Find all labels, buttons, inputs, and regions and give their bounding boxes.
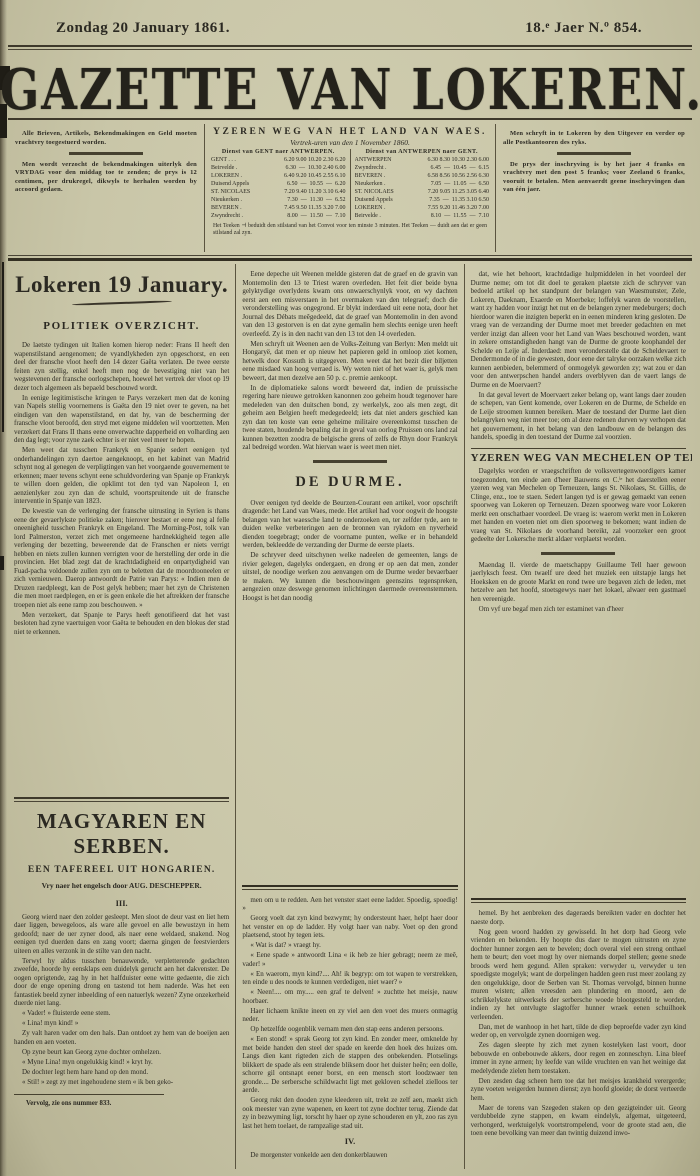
feuilleton-rule <box>471 898 686 903</box>
feuilleton-byline: Vry naer het engelsch door AUG. DESCHEPP… <box>14 881 229 890</box>
timetable-note: Het Teeken ⊣ beduidt den stilstand van h… <box>213 223 487 237</box>
timetable-gent-antwerpen: Dienst van GENT naer ANTWERPEN. GENT . .… <box>211 149 346 220</box>
timetable-row: GENT . . . 6.20 9.00 10.20 2.30 6.20 <box>211 156 346 164</box>
ink-mark <box>2 262 4 432</box>
departure-times: 6.58 8.56 10.56 2.56 6.30 <box>428 172 490 180</box>
station-name: LOKEREN . <box>355 204 386 212</box>
timetable-column-header: Dienst van ANTWERPEN naer GENT. <box>355 149 490 155</box>
departure-times: 7.45 9.50 11.35 3.20 7.00 <box>284 204 345 212</box>
departure-times: 8.00 — 11.50 — 7.10 <box>287 212 345 220</box>
masthead-top-rule <box>8 45 692 50</box>
info-row: Alle Brieven, Artikels, Bekendmakingen e… <box>8 124 692 252</box>
timetable-row: ANTWERPEN 6.30 8.30 10.30 2.30 6.00 <box>355 156 490 164</box>
feuilleton-title: MAGYAREN EN SERBEN. <box>14 809 229 859</box>
ink-mark <box>0 556 4 570</box>
notice-paragraph: Alle Brieven, Artikels, Bekendmakingen e… <box>15 130 197 147</box>
article-paragraph: In eenige legitimistische kringen te Par… <box>14 394 229 445</box>
departure-times: 7.30 — 11.30 — 6.52 <box>287 196 345 204</box>
feuilleton-continuation: hemel. By het aenbreken des dageraeds be… <box>471 893 686 1169</box>
station-name: GENT . . . <box>211 156 236 164</box>
departure-times: 6.50 — 10.55 — 6.20 <box>287 180 346 188</box>
feuilleton-paragraph: Haer lichaem knikte ineen en zy viel aen… <box>242 1007 457 1024</box>
station-name: ST. NICOLAES <box>211 188 250 196</box>
edition-date: Zondag 20 January 1861. <box>56 20 230 37</box>
notice-paragraph: Men wordt verzocht de bekendmakingen uit… <box>15 161 197 195</box>
section-heavy-rule <box>8 255 692 261</box>
feuilleton-subtitle: EEN TAFEREEL UIT HONGARIEN. <box>14 865 229 875</box>
feuilleton-paragraph: Op zyne beurt kan Georg zyne dochter omh… <box>14 1048 229 1057</box>
station-name: BEVEREN . <box>355 172 386 180</box>
departure-times: 7.20 9.05 11.25 3.05 6.40 <box>428 188 489 196</box>
departure-times: 7.05 — 11.05 — 6.50 <box>431 180 489 188</box>
article-paragraph: Over eenigen tyd deelde de Beurzen-Coura… <box>242 499 457 550</box>
feuilleton-paragraph: Maer de torens van Szegeden staken op de… <box>471 1104 686 1138</box>
departure-times: 6.40 9.20 10.45 2.55 6.10 <box>284 172 346 180</box>
station-name: Beirvelde . <box>355 212 381 220</box>
feuilleton-paragraph: Zy valt haren vader om den hals. Dan ont… <box>14 1029 229 1046</box>
continuation-note: Vervolg, zie ons nummer 833. <box>26 1100 229 1107</box>
timetable-row: Beirvelde . 8.10 — 11.55 — 7.10 <box>355 212 490 220</box>
feuilleton-paragraph: De morgenster vonkelde aen den donkerbla… <box>242 1151 457 1160</box>
station-name: Beirvelde . <box>211 164 237 172</box>
departure-times: 7.55 9.20 11.46 3.20 7.00 <box>428 204 489 212</box>
page-left-edge <box>0 0 7 1176</box>
timetable-row: LOKEREN . 6.40 9.20 10.45 2.55 6.10 <box>211 172 346 180</box>
submission-notice: Alle Brieven, Artikels, Bekendmakingen e… <box>8 124 204 252</box>
feuilleton-paragraph: De dochter legt hem hare hand op den mon… <box>14 1068 229 1077</box>
feuilleton-paragraph: « En waerom, myn kind?.... Ah! ik begryp… <box>242 970 457 987</box>
feuilleton-paragraph: « Wat is dat? » vraegt hy. <box>242 941 457 950</box>
article-paragraph: De kwestie van de verlenging der fransch… <box>14 507 229 609</box>
timetable-column-header: Dienst van GENT naer ANTWERPEN. <box>211 149 346 155</box>
edition-line: Zondag 20 January 1861. 18.ᵉ Jaer N.º 85… <box>0 0 700 37</box>
feuilleton-paragraph: « Stil! » zegt zy met ingehoudene stem «… <box>14 1078 229 1087</box>
divider <box>557 152 631 155</box>
departure-times: 7.35 — 11.35 3.10 6.50 <box>429 196 489 204</box>
feuilleton-top-rule <box>14 797 229 802</box>
flourish-rule <box>72 300 172 306</box>
article-paragraph: Men verzekert, dat Spanje te Parys heeft… <box>14 611 229 637</box>
politiek-overzicht-article: De laetste tydingen uit Italien komen hi… <box>14 341 229 638</box>
timetable-row: ST. NICOLAES 7.20 9.05 11.25 3.05 6.40 <box>355 188 490 196</box>
politiek-overzicht-heading: POLITIEK OVERZICHT. <box>14 320 229 332</box>
article-paragraph: Maendag ll. vierde de maetschappy Guilla… <box>471 561 686 604</box>
article-paragraph: Men schryft uit Weenen aen de Volks-Zeit… <box>242 340 457 383</box>
feuilleton-paragraph: « Een stond! » sprak Georg tot zyn kind.… <box>242 1035 457 1095</box>
article-paragraph: De laetste tydingen uit Italien komen hi… <box>14 341 229 392</box>
feuilleton-paragraph: hemel. By het aenbreken des dageraeds be… <box>471 909 686 926</box>
timetable-row: Duisend Appels 7.35 — 11.35 3.10 6.50 <box>355 196 490 204</box>
article-paragraph: Eene depeche uit Weenen meldde gisteren … <box>242 270 457 338</box>
footer-rule <box>14 1094 164 1095</box>
feuilleton-paragraph: « Vader! » fluisterde eene stem. <box>14 1009 229 1018</box>
mechelen-terneuzen-article: Dagelyks worden er vraegschriften de vol… <box>471 467 686 545</box>
mechelen-terneuzen-heading: YZEREN WEG VAN MECHELEN OP TERNEUZEN. <box>471 452 686 464</box>
feuilleton-paragraph: « Eene spade » antwoordt Lina « ik heb z… <box>242 951 457 968</box>
timetable-row: Beirvelde . 6.30 — 10.30 2.40 6.00 <box>211 164 346 172</box>
station-name: ANTWERPEN <box>355 156 392 164</box>
timetable-row: Duisend Appels 6.50 — 10.55 — 6.20 <box>211 180 346 188</box>
feuilleton-paragraph: Op hetzelfde oogenblik vernam men den st… <box>242 1025 457 1034</box>
notice-paragraph: De prys der inschryving is by het jaer 4… <box>503 161 685 195</box>
station-name: BEVEREN . <box>211 204 242 212</box>
timetable-row: ST. NICOLAES 7.20 9.40 11.20 3.10 6.40 <box>211 188 346 196</box>
feuilleton-rule <box>242 885 457 890</box>
station-name: Zwyndrecht . <box>211 212 243 220</box>
newspaper-page: Zondag 20 January 1861. 18.ᵉ Jaer N.º 85… <box>0 0 700 1176</box>
feuilleton-paragraph: Georg rukt den dooden zyne kleederen uit… <box>242 1096 457 1130</box>
station-name: Duisend Appels <box>355 196 393 204</box>
timetable-row: Zwyndrecht . 8.00 — 11.50 — 7.10 <box>211 212 346 220</box>
feuilleton-paragraph: Georg voelt dat zyn kind bezwymt; hy ond… <box>242 914 457 940</box>
station-name: Nieukerken . <box>355 180 386 188</box>
departure-times: 6.45 — 10.45 — 6.15 <box>431 164 490 172</box>
timetable-subtitle: Vertrek-uren van den 1 November 1860. <box>211 138 489 147</box>
durme-article-continuation: dat, wie het behoort, krachtdadige hulpm… <box>471 270 686 443</box>
article-paragraph: In de diplomatieke salons wordt beweerd … <box>242 384 457 452</box>
feuilleton-paragraph: Dan, met de wanhoop in het hart, tilde d… <box>471 1023 686 1040</box>
article-columns: Lokeren 19 January. POLITIEK OVERZICHT. … <box>8 264 692 1169</box>
dateline-title: Lokeren 19 January. <box>14 272 229 298</box>
subscription-notice: Men schryft in te Lokeren by den Uitgeve… <box>496 124 692 252</box>
edition-issue: 18.ᵉ Jaer N.º 854. <box>525 20 642 37</box>
station-name: ST. NICOLAES <box>355 188 394 196</box>
feuilleton-paragraph: Zes dagen sleepte hy zich met zynen kost… <box>471 1041 686 1075</box>
column-2: Eene depeche uit Weenen meldde gisteren … <box>236 264 463 1169</box>
feuilleton-continuation: men om u te redden. Aen het venster stae… <box>242 880 457 1170</box>
feuilleton-paragraph: « Myne Lina! myn ongelukkig kind! » kryt… <box>14 1058 229 1067</box>
article-rule <box>471 448 686 449</box>
article-paragraph: Dagelyks worden er vraegschriften de vol… <box>471 467 686 544</box>
timetable-antwerpen-gent: Dienst van ANTWERPEN naer GENT. ANTWERPE… <box>355 149 490 220</box>
feuilleton-paragraph: Georg wierd naer den zolder gesleept. Me… <box>14 913 229 956</box>
article-paragraph: Om vyf ure begaf men zich ter estaminet … <box>471 605 686 614</box>
departure-times: 8.10 — 11.55 — 7.10 <box>431 212 489 220</box>
chapter-number: III. <box>14 898 229 908</box>
column-3: dat, wie het behoort, krachtdadige hulpm… <box>465 264 692 1169</box>
masthead-title: GAZETTE VAN LOKEREN. <box>0 54 700 130</box>
feuilleton-paragraph: « Lina! myn kind! » <box>14 1019 229 1028</box>
timetable-row: LOKEREN . 7.55 9.20 11.46 3.20 7.00 <box>355 204 490 212</box>
durme-article: Over eenigen tyd deelde de Beurzen-Coura… <box>242 499 457 604</box>
departure-times: 6.30 8.30 10.30 2.30 6.00 <box>428 156 490 164</box>
foreign-news-article: Eene depeche uit Weenen meldde gisteren … <box>242 270 457 453</box>
article-paragraph: Men weet dat tusschen Frankryk en Spanje… <box>14 446 229 506</box>
feuilleton-paragraph: « Neen!.... om my..... een graf te delve… <box>242 988 457 1005</box>
timetable-row: BEVEREN . 7.45 9.50 11.35 3.20 7.00 <box>211 204 346 212</box>
timetable-row: BEVEREN . 6.58 8.56 10.56 2.56 6.30 <box>355 172 490 180</box>
article-paragraph: In dat geval levert de Moervaert zeker b… <box>471 391 686 442</box>
station-name: Duisend Appels <box>211 180 249 188</box>
feuilleton-paragraph: men om u te redden. Aen het venster stae… <box>242 896 457 913</box>
feuilleton-paragraph: Den zesden dag scheen hem toe dat het me… <box>471 1077 686 1103</box>
timetable-row: Nieukerken . 7.30 — 11.30 — 6.52 <box>211 196 346 204</box>
divider <box>541 552 615 555</box>
station-name: LOKEREN . <box>211 172 242 180</box>
feuilleton-paragraph: Nog geen woord hadden zy gewisseld. In h… <box>471 928 686 1022</box>
divider <box>69 152 143 155</box>
timetable-row: Nieukerken . 7.05 — 11.05 — 6.50 <box>355 180 490 188</box>
local-news-article: Maendag ll. vierde de maetschappy Guilla… <box>471 561 686 615</box>
durme-heading: DE DURME. <box>242 474 457 491</box>
departure-times: 7.20 9.40 11.20 3.10 6.40 <box>284 188 345 196</box>
railway-timetable: YZEREN WEG VAN HET LAND VAN WAES. Vertre… <box>205 124 495 252</box>
feuilleton-magyaren: MAGYAREN EN SERBEN. EEN TAFEREEL UIT HON… <box>14 797 229 1170</box>
notice-paragraph: Men schryft in te Lokeren by den Uitgeve… <box>503 130 685 147</box>
timetable-row: Zwyndrecht . 6.45 — 10.45 — 6.15 <box>355 164 490 172</box>
vertical-divider <box>350 149 351 220</box>
station-name: Zwyndrecht . <box>355 164 387 172</box>
departure-times: 6.30 — 10.30 2.40 6.00 <box>286 164 346 172</box>
article-paragraph: De schryver deed uitschynen welke nadeel… <box>242 551 457 602</box>
station-name: Nieukerken . <box>211 196 242 204</box>
departure-times: 6.20 9.00 10.20 2.30 6.20 <box>284 156 346 164</box>
column-1: Lokeren 19 January. POLITIEK OVERZICHT. … <box>8 264 235 1169</box>
chapter-number: IV. <box>242 1136 457 1146</box>
feuilleton-paragraph: Terwyl hy aldus tusschen benauwende, ver… <box>14 957 229 1008</box>
divider <box>313 460 387 463</box>
article-paragraph: dat, wie het behoort, krachtdadige hulpm… <box>471 270 686 389</box>
